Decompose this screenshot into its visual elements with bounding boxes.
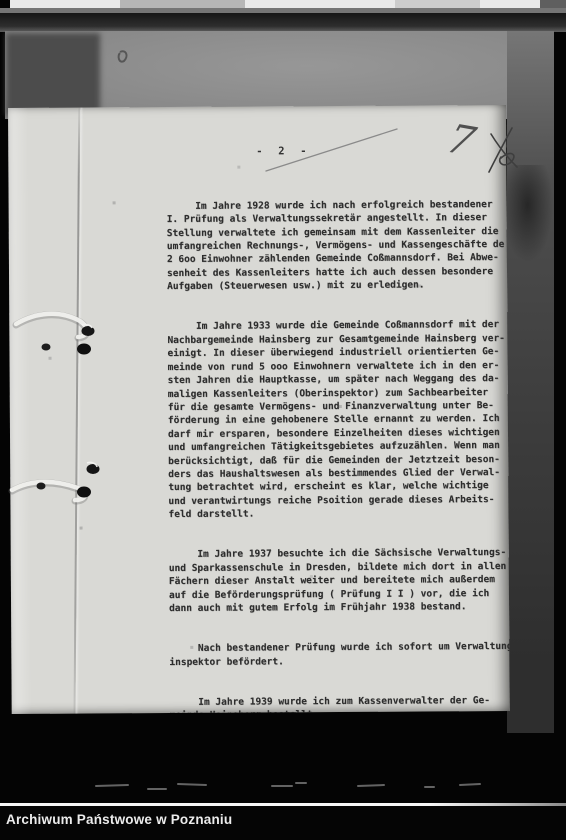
- typewritten-paragraph-3: Im Jahre 1937 besuchte ich die Sächsisch…: [169, 546, 510, 615]
- page-left-margin-highlight: [8, 108, 32, 714]
- film-dark-band: [0, 13, 566, 32]
- typewritten-paragraph-5: Im Jahre 1939 wurde ich zum Kassenverwal…: [170, 694, 510, 714]
- archive-name: Archiwum Państwowe w Poznaniu: [6, 812, 232, 828]
- footer-bar: Archiwum Państwowe w Poznaniu: [0, 806, 566, 840]
- typed-page-number: - 2 -: [256, 144, 307, 158]
- folder-edge-stain: [506, 165, 554, 265]
- film-scratches: [96, 783, 480, 789]
- folder-edge-strip: [507, 31, 554, 733]
- typewritten-paragraph-1: Im Jahre 1928 wurde ich nach erfolgreich…: [167, 198, 510, 294]
- paper-speckles: [8, 108, 9, 109]
- typewritten-paragraph-4: Nach bestandener Prüfung wurde ich sofor…: [169, 640, 509, 669]
- typewritten-body: Im Jahre 1928 wurde ich nach erfolgreich…: [166, 171, 509, 714]
- typewritten-paragraph-2: Im Jahre 1933 wurde die Gemeinde Coßmann…: [167, 318, 509, 521]
- page-fold-crease: [73, 105, 80, 714]
- folder-board-shadow: [6, 33, 100, 115]
- scanned-page: - 2 - Im Jahre 1928 wurde ich nach erfol…: [8, 105, 510, 714]
- archive-scan-viewer: - 2 - Im Jahre 1928 wurde ich nach erfol…: [0, 0, 566, 840]
